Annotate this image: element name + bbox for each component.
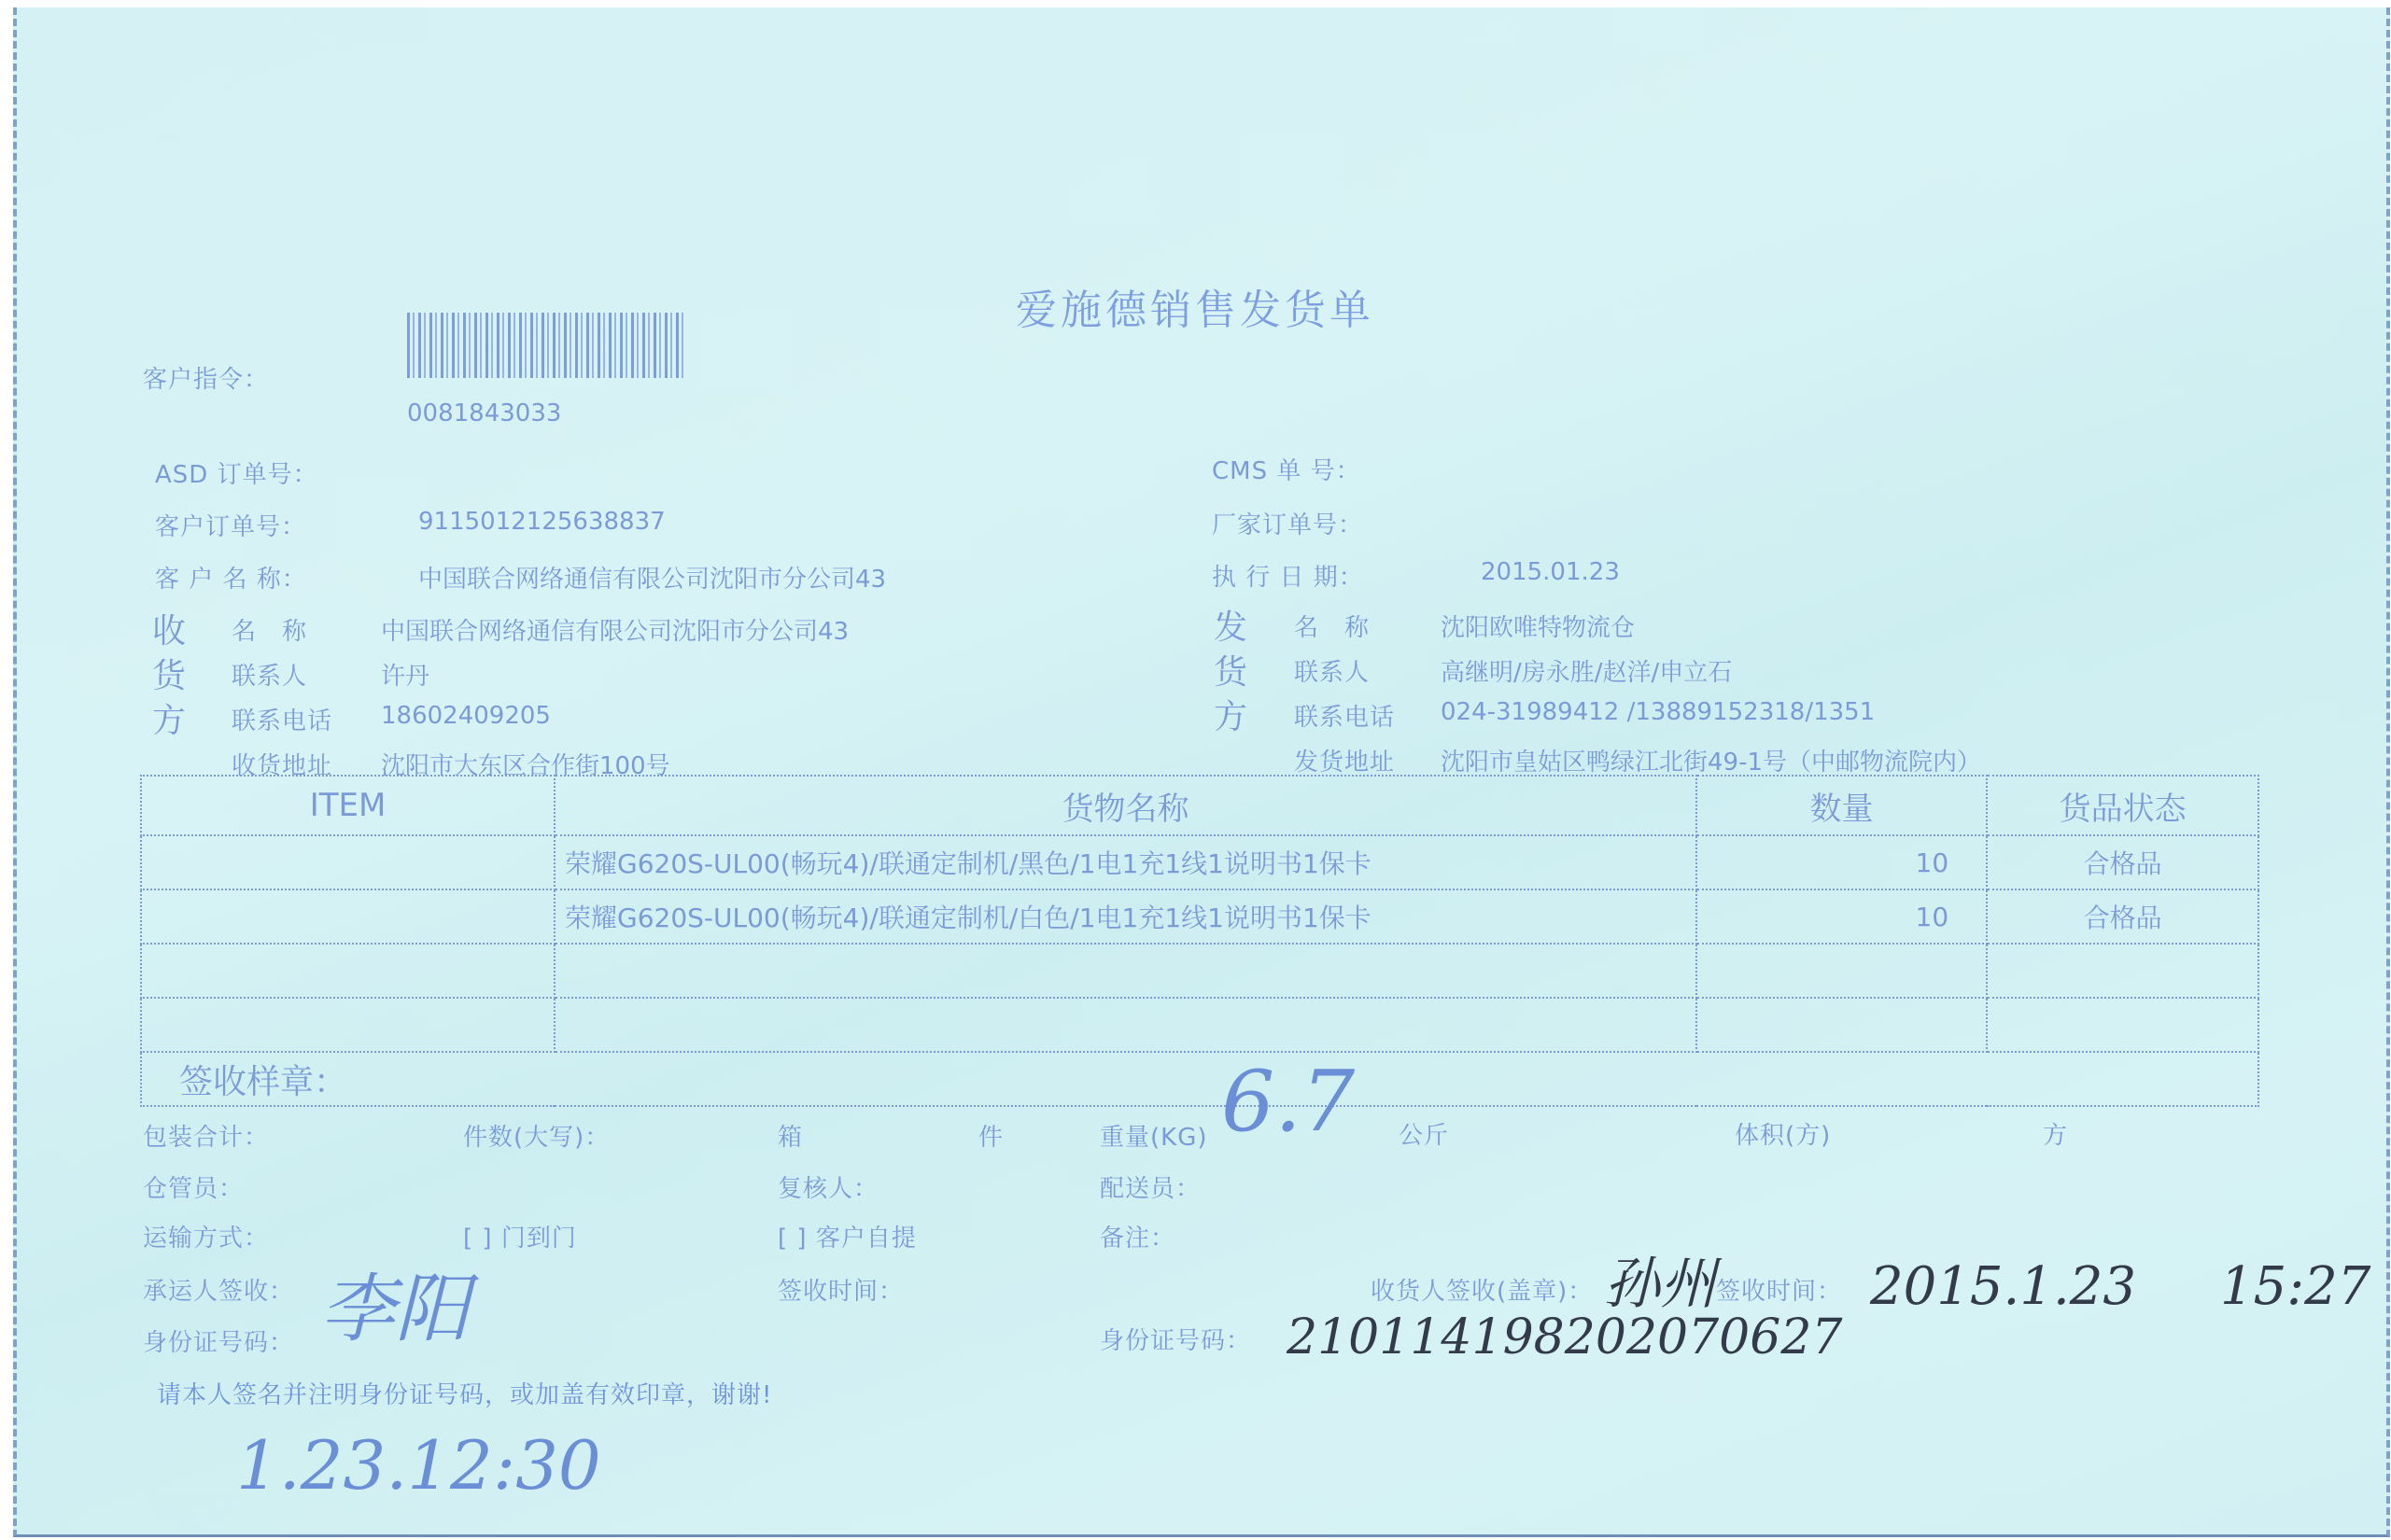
table-row: 荣耀G620S-UL00(畅玩4)/联通定制机/黑色/1电1充1线1说明书1保卡… (141, 835, 2258, 889)
shipper-contact-label: 联系人 (1294, 653, 1370, 688)
document-title: 爱施德销售发货单 (1016, 276, 1374, 336)
receiver-side-char-3: 方 (152, 694, 186, 742)
pieces-label: 件数(大写)： (463, 1118, 610, 1153)
header-goods-name: 货物名称 (555, 776, 1696, 835)
row-item (141, 944, 555, 998)
stamp-row: 签收样章： (141, 1052, 2258, 1106)
remark-label: 备注： (1100, 1219, 1175, 1253)
exec-date-value: 2015.01.23 (1481, 558, 1620, 586)
carrier-sign-label: 承运人签收： (143, 1272, 294, 1307)
receiver-signature: 孙州 (1604, 1239, 1716, 1320)
table-row (141, 998, 2258, 1052)
stamp-label: 签收样章： (141, 1052, 2258, 1106)
carrier-id-label: 身份证号码： (143, 1323, 294, 1358)
deliverer-label: 配送员： (1100, 1169, 1201, 1204)
volume-unit: 方 (2043, 1116, 2068, 1151)
customer-instruction-label: 客户指令： (143, 360, 269, 395)
table-row (141, 944, 2258, 998)
header-goods-status: 货品状态 (1987, 776, 2258, 835)
box-unit: 箱 (778, 1118, 803, 1153)
shipper-contact-value: 高继明/房永胜/赵洋/申立石 (1441, 653, 1732, 688)
row-goods-name: 荣耀G620S-UL00(畅玩4)/联通定制机/白色/1电1充1线1说明书1保卡 (555, 889, 1696, 944)
receiver-sign-time-label: 签收时间： (1716, 1272, 1842, 1307)
shipper-side-char-3: 方 (1214, 691, 1247, 738)
receiver-phone-label: 联系电话 (232, 702, 332, 736)
barcode (407, 313, 687, 378)
receiver-sign-date: 2015.1.23 (1870, 1256, 2136, 1317)
header-item: ITEM (141, 776, 555, 835)
row-item (141, 835, 555, 889)
shipper-phone-label: 联系电话 (1294, 698, 1395, 733)
row-quantity (1696, 944, 1987, 998)
row-item (141, 998, 555, 1052)
weight-handwritten: 6.7 (1221, 1053, 1355, 1151)
customer-order-label: 客户订单号： (155, 508, 306, 542)
row-status (1987, 998, 2258, 1052)
row-goods-name: 荣耀G620S-UL00(畅玩4)/联通定制机/黑色/1电1充1线1说明书1保卡 (555, 835, 1696, 889)
reviewer-label: 复核人： (778, 1169, 879, 1204)
bottom-handwritten-note: 1.23.12:30 (236, 1426, 601, 1505)
pack-total-label: 包装合计： (143, 1118, 269, 1153)
row-goods-name (555, 944, 1696, 998)
goods-table-header: ITEM 货物名称 数量 货品状态 (141, 776, 2258, 835)
transport-method-label: 运输方式： (143, 1219, 269, 1253)
exec-date-label: 执 行 日 期： (1212, 558, 1364, 593)
shipper-phone-value: 024-31989412 /13889152318/1351 (1441, 698, 1875, 726)
header-quantity: 数量 (1696, 776, 1987, 835)
row-item (141, 889, 555, 944)
customer-name-label: 客 户 名 称： (155, 560, 307, 595)
row-quantity (1696, 998, 1987, 1052)
cms-order-label: CMS 单 号： (1212, 452, 1361, 486)
weight-label: 重量(KG) (1100, 1118, 1208, 1153)
shipper-side-char-1: 发 (1214, 601, 1247, 649)
carrier-signature: 李阳 (320, 1249, 470, 1356)
goods-table: ITEM 货物名称 数量 货品状态 荣耀G620S-UL00(畅玩4)/联通定制… (140, 775, 2259, 1107)
receiver-contact-value: 许丹 (381, 657, 429, 692)
signing-notice: 请本人签名并注明身份证号码，或加盖有效印章，谢谢! (157, 1376, 772, 1410)
shipper-name-label: 名 称 (1294, 609, 1370, 643)
receiver-name-value: 中国联合网络通信有限公司沈阳市分公司43 (381, 612, 849, 647)
asd-order-label: ASD 订单号： (155, 455, 318, 490)
receiver-contact-label: 联系人 (232, 657, 307, 692)
carrier-sign-time-label: 签收时间： (778, 1272, 904, 1307)
receiver-name-label: 名 称 (232, 612, 307, 647)
barcode-number: 0081843033 (407, 399, 561, 427)
door-to-door-checkbox[interactable]: [ ] 门到门 (463, 1219, 577, 1253)
customer-name-value: 中国联合网络通信有限公司沈阳市分公司43 (418, 560, 886, 595)
row-status: 合格品 (1987, 889, 2258, 944)
volume-label: 体积(方) (1735, 1116, 1831, 1151)
factory-order-label: 厂家订单号： (1212, 506, 1363, 540)
receiver-id-label: 身份证号码： (1100, 1322, 1251, 1356)
shipper-address-label: 发货地址 (1294, 743, 1395, 777)
receiver-sign-label: 收货人签收(盖章)： (1371, 1272, 1593, 1307)
row-status: 合格品 (1987, 835, 2258, 889)
receiver-id-handwritten: 210114198202070627 (1287, 1309, 1843, 1365)
row-goods-name (555, 998, 1696, 1052)
receiver-phone-value: 18602409205 (381, 702, 551, 730)
shipper-address-value: 沈阳市皇姑区鸭绿江北街49-1号（中邮物流院内） (1441, 743, 1981, 777)
self-pickup-checkbox[interactable]: [ ] 客户自提 (778, 1219, 917, 1253)
warehouse-keeper-label: 仓管员： (143, 1169, 244, 1204)
row-status (1987, 944, 2258, 998)
receiver-sign-clock: 15:27 (2220, 1256, 2370, 1317)
customer-order-value: 911501212563883​7 (418, 508, 666, 536)
weight-unit: 公斤 (1399, 1116, 1449, 1151)
piece-unit: 件 (978, 1118, 1004, 1153)
delivery-note-paper: 爱施德销售发货单 客户指令： 0081843033 ASD 订单号： CMS 单… (13, 7, 2390, 1537)
receiver-side-char-1: 收 (152, 605, 186, 652)
shipper-name-value: 沈阳欧唯特物流仓 (1441, 609, 1635, 643)
row-quantity: 10 (1696, 835, 1987, 889)
receiver-side-char-2: 货 (152, 650, 186, 697)
row-quantity: 10 (1696, 889, 1987, 944)
table-row: 荣耀G620S-UL00(畅玩4)/联通定制机/白色/1电1充1线1说明书1保卡… (141, 889, 2258, 944)
shipper-side-char-2: 货 (1214, 646, 1247, 693)
